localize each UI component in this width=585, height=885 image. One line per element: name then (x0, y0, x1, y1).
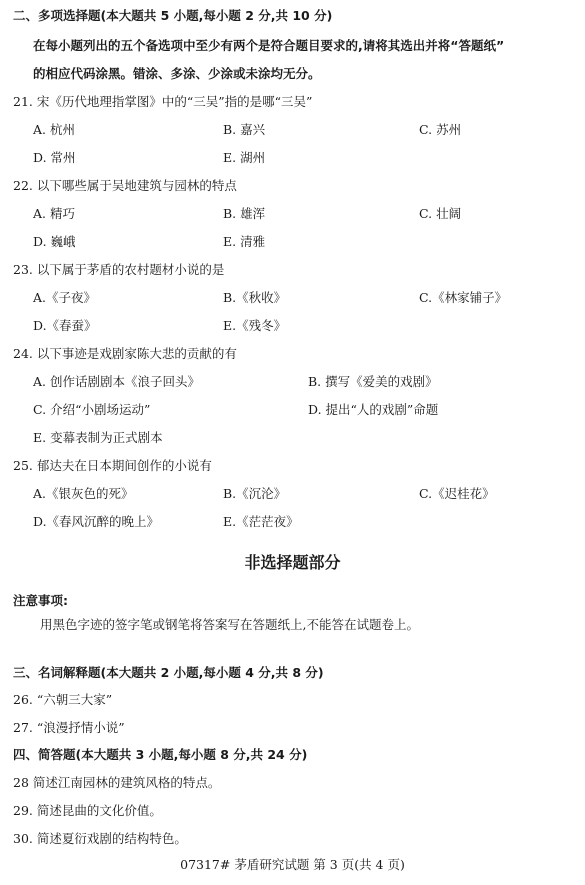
question-23-option-b: B.《秋收》 (223, 290, 286, 306)
question-25-option-b: B.《沉沦》 (223, 486, 286, 502)
question-24-option-d: D. 提出“人的戏剧”命题 (308, 402, 438, 418)
question-24-option-a: A. 创作话剧剧本《浪子回头》 (33, 374, 200, 390)
question-25-option-a: A.《银灰色的死》 (33, 486, 134, 502)
question-25-option-d: D.《春风沉醉的晚上》 (33, 514, 159, 530)
section-2-instruction-line2: 的相应代码涂黑。错涂、多涂、少涂或未涂均无分。 (33, 66, 321, 82)
nonchoice-title: 非选择题部分 (0, 553, 585, 573)
question-24-option-e: E. 变幕表制为正式剧本 (33, 430, 163, 446)
question-22-option-d: D. 巍峨 (33, 234, 76, 250)
question-23-stem: 23. 以下属于茅盾的农村题材小说的是 (13, 262, 224, 278)
question-23-option-e: E.《残冬》 (223, 318, 286, 334)
question-30: 30. 简述夏衍戏剧的结构特色。 (13, 831, 187, 847)
notice-label: 注意事项: (13, 593, 68, 609)
notice-text: 用黑色字迹的签字笔或钢笔将答案写在答题纸上,不能答在试题卷上。 (40, 617, 419, 633)
question-23-option-a: A.《子夜》 (33, 290, 96, 306)
page-footer: 07317# 茅盾研究试题 第 3 页(共 4 页) (0, 857, 585, 873)
question-21-option-a: A. 杭州 (33, 122, 75, 138)
question-21-option-c: C. 苏州 (419, 122, 461, 138)
question-25-option-c: C.《迟桂花》 (419, 486, 495, 502)
question-23-option-d: D.《春蚕》 (33, 318, 97, 334)
section-2-instruction-line1: 在每小题列出的五个备选项中至少有两个是符合题目要求的,请将其选出并将“答题纸” (33, 38, 504, 54)
question-22-option-e: E. 清雅 (223, 234, 265, 250)
question-22-option-a: A. 精巧 (33, 206, 75, 222)
question-26: 26. “六朝三大家” (13, 692, 112, 708)
question-27: 27. “浪漫抒情小说” (13, 720, 125, 736)
question-23-option-c: C.《林家铺子》 (419, 290, 507, 306)
question-28: 28 简述江南园林的建筑风格的特点。 (13, 775, 220, 791)
question-25-stem: 25. 郁达夫在日本期间创作的小说有 (13, 458, 212, 474)
question-21-option-b: B. 嘉兴 (223, 122, 265, 138)
question-22-stem: 22. 以下哪些属于吴地建筑与园林的特点 (13, 178, 237, 194)
question-25-option-e: E.《茫茫夜》 (223, 514, 299, 530)
question-24-stem: 24. 以下事迹是戏剧家陈大悲的贡献的有 (13, 346, 237, 362)
question-21-stem: 21. 宋《历代地理指掌图》中的“三吴”指的是哪“三吴” (13, 94, 312, 110)
question-24-option-b: B. 撰写《爱美的戏剧》 (308, 374, 438, 390)
question-29: 29. 简述昆曲的文化价值。 (13, 803, 162, 819)
question-21-option-e: E. 湖州 (223, 150, 265, 166)
section-2-heading: 二、多项选择题(本大题共 5 小题,每小题 2 分,共 10 分) (13, 8, 332, 24)
question-22-option-b: B. 雄浑 (223, 206, 265, 222)
question-21-option-d: D. 常州 (33, 150, 76, 166)
section-3-heading: 三、名词解释题(本大题共 2 小题,每小题 4 分,共 8 分) (13, 665, 324, 681)
section-4-heading: 四、简答题(本大题共 3 小题,每小题 8 分,共 24 分) (13, 747, 307, 763)
question-24-option-c: C. 介绍“小剧场运动” (33, 402, 150, 418)
question-22-option-c: C. 壮阔 (419, 206, 461, 222)
